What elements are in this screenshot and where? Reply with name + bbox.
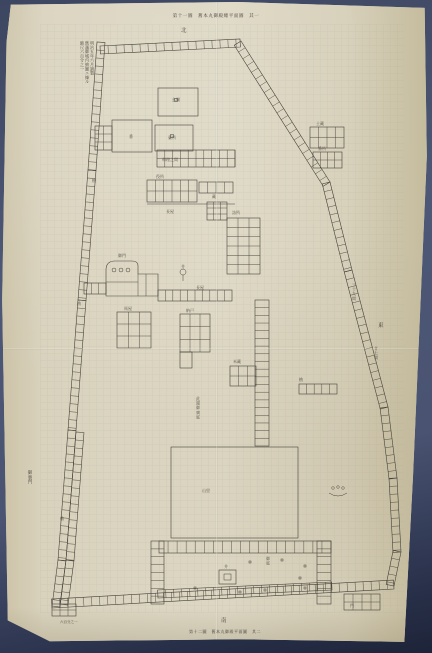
svg-text:櫓: 櫓 — [92, 177, 97, 183]
svg-text:廿七間: 廿七間 — [374, 345, 378, 360]
legend-line: 明治五年六月調製 — [90, 41, 95, 91]
svg-text:井: 井 — [224, 563, 228, 569]
svg-text:料理之間: 料理之間 — [162, 156, 178, 162]
svg-text:長屋: 長屋 — [196, 284, 204, 290]
svg-text:門: 門 — [350, 602, 354, 608]
svg-text:御門: 御門 — [118, 252, 126, 258]
compass-south-label: 南 — [221, 616, 227, 624]
svg-text:番: 番 — [129, 133, 133, 139]
svg-text:土藏: 土藏 — [316, 120, 324, 126]
svg-text:馬屋: 馬屋 — [124, 305, 132, 311]
svg-text:此邊御廣庭: 此邊御廣庭 — [196, 395, 201, 419]
plan-title: 第十一圖 舊本丸御殿總平面圖 其一 — [0, 13, 432, 19]
svg-text:櫓: 櫓 — [299, 376, 304, 382]
svg-text:玄關: 玄關 — [172, 96, 180, 102]
svg-text:臺所: 臺所 — [168, 134, 176, 140]
svg-text:山里: 山里 — [202, 487, 210, 493]
svg-text:藏: 藏 — [212, 193, 216, 199]
svg-text:櫓: 櫓 — [77, 300, 82, 306]
svg-text:役所: 役所 — [156, 173, 164, 179]
svg-text:納戸: 納戸 — [186, 307, 194, 313]
svg-text:御庭: 御庭 — [266, 555, 270, 566]
left-edge-label: 御裏門 — [26, 470, 32, 484]
svg-text:三十九間: 三十九間 — [352, 281, 356, 301]
svg-text:番所: 番所 — [318, 145, 326, 151]
bottom-caption: 第十二圖 舊本丸御殿平面圖 其二 — [110, 629, 340, 635]
legend-line: 舊藩御城内繪圖ニ據ル — [85, 41, 90, 91]
compass-north-label: 北 — [181, 26, 187, 34]
legend-block: 明治五年六月調製 舊藩御城内繪圖ニ據ル 縮尺六百分之一 — [80, 41, 95, 91]
svg-text:井: 井 — [181, 263, 185, 269]
bottom-left-note: 六百分之一 — [60, 620, 78, 625]
photo-background: 玄關番臺所料理之間役所長屋藏詰所土藏番所井御門長屋馬屋納戸米藏此邊御廣庭山里御庭… — [0, 0, 432, 653]
svg-text:詰所: 詰所 — [232, 209, 240, 215]
site-plan-drawing: 玄關番臺所料理之間役所長屋藏詰所土藏番所井御門長屋馬屋納戸米藏此邊御廣庭山里御庭… — [0, 0, 432, 653]
plan-sheet: 玄關番臺所料理之間役所長屋藏詰所土藏番所井御門長屋馬屋納戸米藏此邊御廣庭山里御庭… — [0, 0, 432, 653]
svg-text:長屋: 長屋 — [166, 208, 174, 214]
compass-east-label: 東 — [378, 321, 384, 329]
svg-text:米藏: 米藏 — [233, 358, 241, 364]
